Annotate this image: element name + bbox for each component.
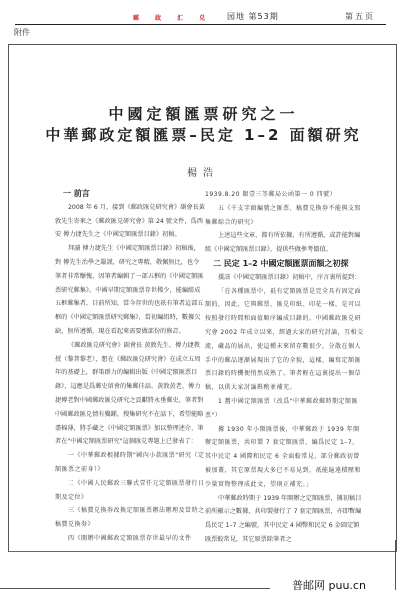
quotation-item-heading: 1 舊中國定額匯票（改爲"中華郵政郵時期定額匯票"）	[205, 395, 365, 423]
paragraph: 援該《中國定額匯票目錄》初稿中，序言裏所提到：	[205, 271, 365, 285]
issue-number: 园地 第53期	[227, 11, 279, 22]
list-item: 四《開辦中國郵政定額匯票存世最早的文件	[55, 532, 205, 546]
publication-name: 郵 政 汇 兑	[133, 13, 212, 22]
paragraph: 2008 年 6 月，接到《郵政匯兑研究會》副會長黃敦先生寄來之《郵政匯兑研究會…	[55, 201, 205, 242]
page-number: 第五页	[345, 11, 375, 22]
left-column: 一 前言 2008 年 6 月，接到《郵政匯兑研究會》副會長黃敦先生寄來之《郵政…	[55, 187, 205, 546]
list-item: 五《千支字頭編號之匯票、稿費兑換券不能與支寫集郵綜合的研究》	[205, 202, 365, 230]
section-heading-intro: 一 前言	[55, 187, 205, 201]
paragraph: 上述這些文章，都有所依據、有所遵循，或許能對編組《中國定額匯票目錄》，提供些做參…	[205, 229, 365, 257]
watermark: 普邮网 puu.cn	[292, 577, 366, 593]
list-item: 二《中國人民郵政三聯式壹仟元定額匯票發行日期及定位》	[55, 477, 205, 505]
right-column: 1939.8.20 銀壹三等郵局公函第一 0 四號） 五《千支字頭編號之匯票、稿…	[205, 188, 365, 547]
paragraph: 中華郵政時期于 1939 年開辦之定額匯票，據初稿目前所顯示之數據，共印製發行了…	[205, 492, 365, 547]
article-title-line2: 中華郵政定額匯票–民定 1–2 面額研究	[0, 124, 407, 145]
attachment-label: 附件	[14, 27, 30, 38]
list-item: 三《稿費兑換券改換定額匯票辦法辦理及當時之稿費兑換券》	[55, 504, 205, 532]
article-title-line1: 中國定額匯票研究之一	[0, 103, 407, 124]
frame-edge	[395, 540, 396, 590]
list-item-continuation: 1939.8.20 銀壹三等郵局公函第一 0 四號）	[205, 188, 365, 202]
paragraph: 拜讀 傅力捷先生《中國定額匯票目錄》初稿後，對 傅先生治學之嚴謹，研究之專精，敬…	[55, 242, 205, 339]
article-author: 楊浩	[187, 164, 219, 179]
paragraph: 《郵政匯兑研究會》副會長 黄敦先生、傅力捷教授（黎普黎老），想在《郵政匯兑研究會…	[55, 339, 205, 449]
footer-rule	[0, 588, 270, 589]
quotation: 據 1930 年小額匯票後，中華郵政于 1939 年開辦定額匯票，共印製 7 套…	[205, 423, 365, 492]
quotation: 「在各種匯票中，祇有定額匯票是完全具有固定面額的，因此，它與郵票、匯兑印紙、印花…	[205, 285, 365, 395]
page-header: 郵 政 汇 兑 园地 第53期 第五页	[15, 12, 386, 25]
section-heading-denomination: 二 民定 1–2 中國定額匯票面額之初探	[205, 257, 365, 271]
list-item: 一《中華郵政根據時期"國內小款匯票"研究（定額匯票之前身）》	[55, 449, 205, 477]
